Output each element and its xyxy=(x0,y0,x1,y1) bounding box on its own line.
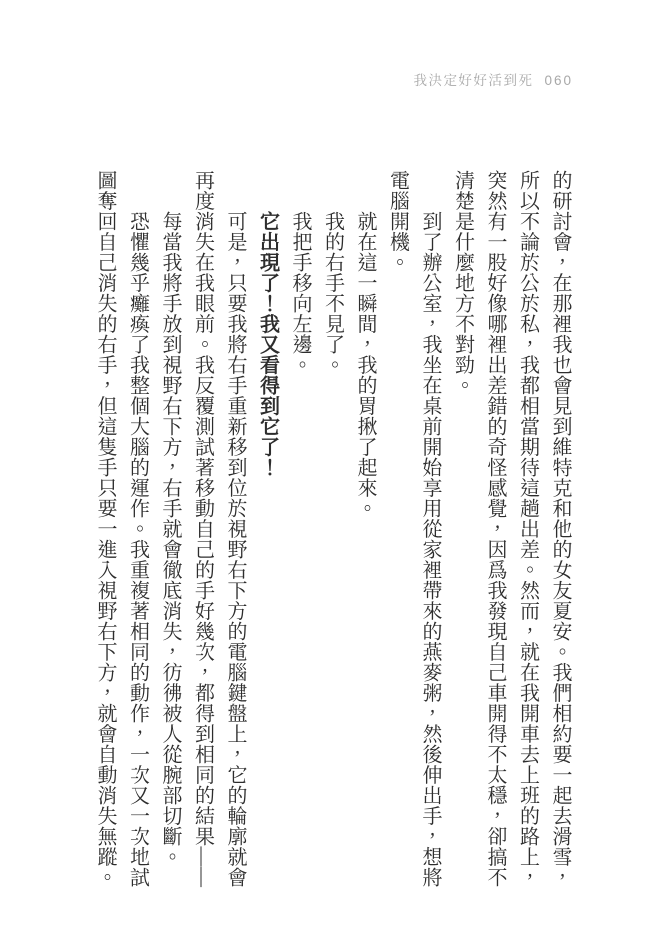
paragraph-continued: 的研討會，在那裡我也會見到維特克和他的女友夏安。我們相約要一起去滑雪，所以不論於… xyxy=(446,170,576,894)
paragraph: 就在這一瞬間，我的胃揪了起來。 xyxy=(349,170,382,894)
page-header: 我決定好好活到死 060 xyxy=(413,69,573,89)
book-title: 我決定好好活到死 xyxy=(413,69,533,89)
paragraph: 可是，只要我將右手重新移到位於視野右下方的電腦鍵盤上，它的輪廓就會再度消失在我眼… xyxy=(186,170,251,894)
page-number: 060 xyxy=(544,73,573,88)
paragraph: 每當我將手放到視野右下方，右手就會徹底消失，彷彿被人從腕部切斷。 xyxy=(154,170,187,894)
text-block: 的研討會，在那裡我也會見到維特克和他的女友夏安。我們相約要一起去滑雪，所以不論於… xyxy=(89,170,577,894)
book-page: 我決定好好活到死 060 的研討會，在那裡我也會見到維特克和他的女友夏安。我們相… xyxy=(0,0,663,932)
paragraph: 到了辦公室，我坐在桌前開始享用從家裡帶來的燕麥粥，然後伸出手，想將電腦開機。 xyxy=(381,170,446,894)
paragraph-emphasis: 它出現了！我又看得到它了！ xyxy=(251,170,284,894)
paragraph: 恐懼幾乎癱瘓了我整個大腦的運作。我重複著相同的動作，一次又一次地試圖奪回自己消失… xyxy=(89,170,154,894)
paragraph: 我把手移向左邊。 xyxy=(284,170,317,894)
paragraph: 我的右手不見了。 xyxy=(316,170,349,894)
